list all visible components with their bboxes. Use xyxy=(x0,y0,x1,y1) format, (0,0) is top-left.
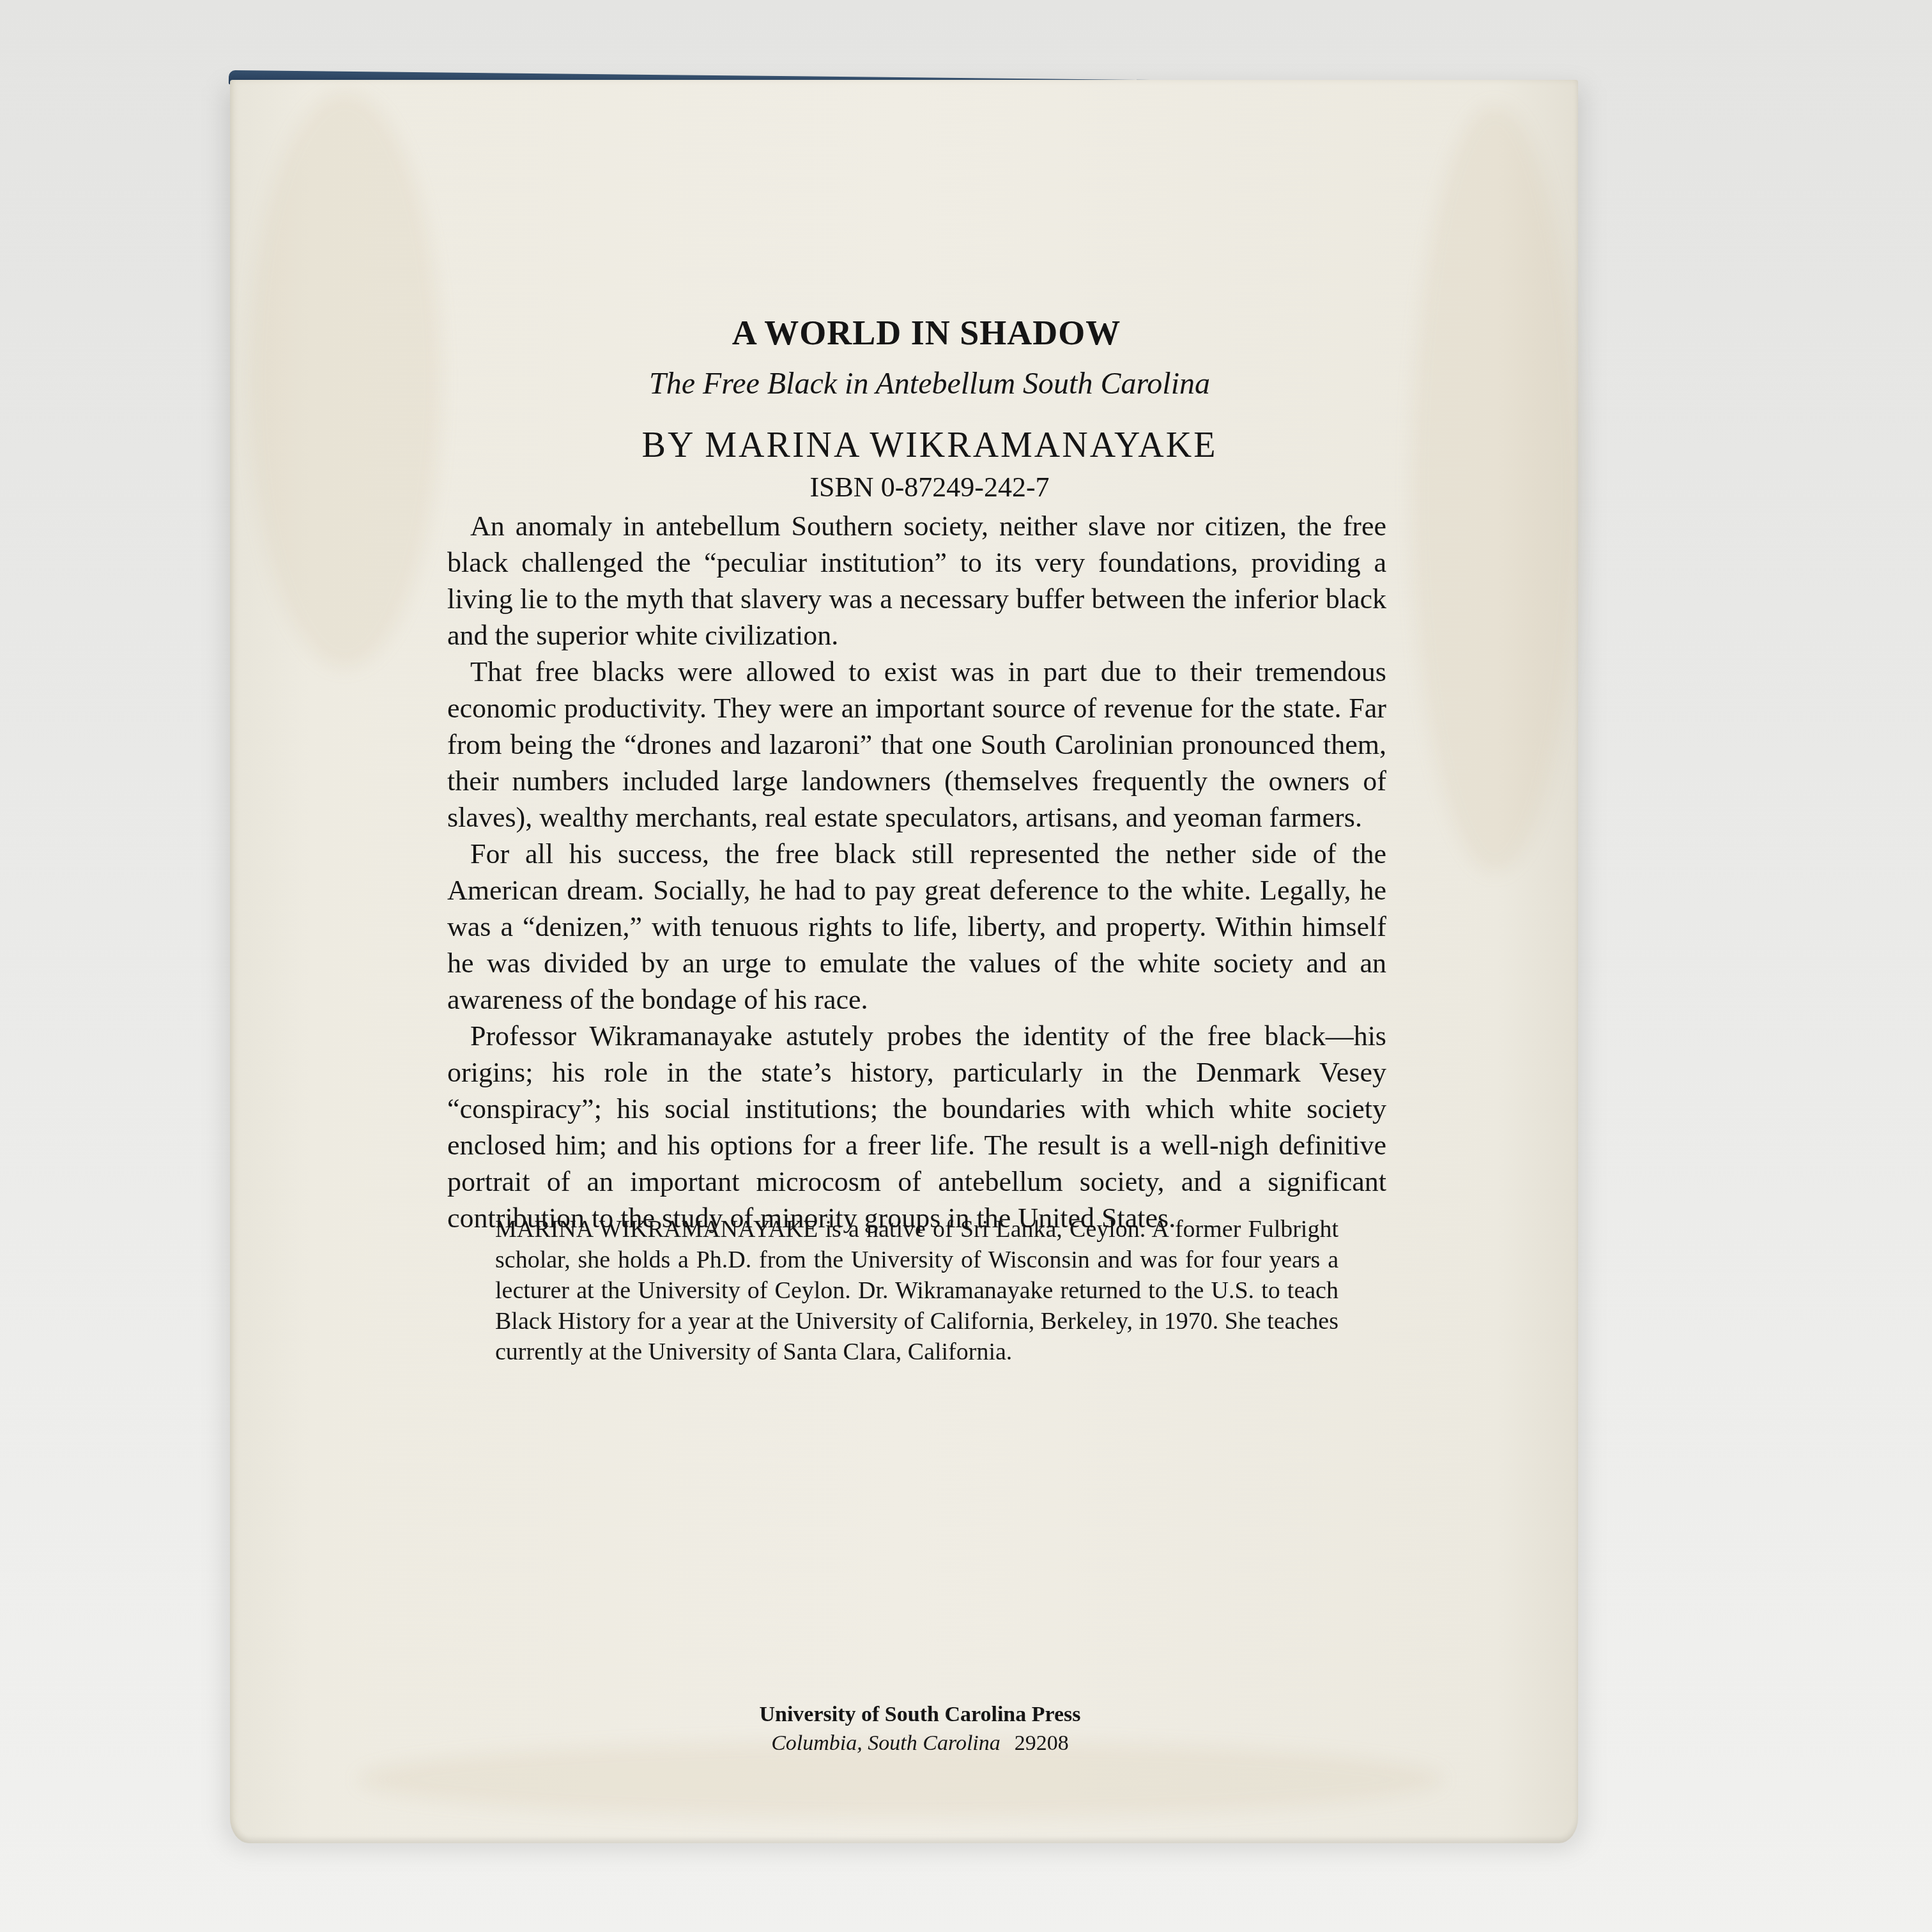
book-title: A WORLD IN SHADOW xyxy=(230,313,1578,353)
book-description: An anomaly in antebellum Southern societ… xyxy=(447,508,1386,1236)
publisher-zip: 29208 xyxy=(1015,1731,1069,1755)
publisher-location: Columbia, South Carolina29208 xyxy=(230,1731,1578,1756)
book-author: BY MARINA WIKRAMANAYAKE xyxy=(230,425,1578,466)
publisher-city: Columbia, South Carolina xyxy=(771,1731,1000,1755)
publisher-name: University of South Carolina Press xyxy=(230,1703,1578,1727)
book-back-cover: A WORLD IN SHADOW The Free Black in Ante… xyxy=(230,80,1578,1843)
description-paragraph: For all his success, the free black stil… xyxy=(447,836,1386,1018)
description-paragraph: That free blacks were allowed to exist w… xyxy=(447,654,1386,836)
author-bio: MARINA WIKRAMANAYAKE is a native of Sri … xyxy=(495,1214,1338,1367)
book-subtitle: The Free Black in Antebellum South Carol… xyxy=(230,366,1578,401)
description-paragraph: An anomaly in antebellum Southern societ… xyxy=(447,508,1386,654)
book-isbn: ISBN 0-87249-242-7 xyxy=(230,471,1578,503)
description-paragraph: Professor Wikramanayake astutely probes … xyxy=(447,1018,1386,1236)
